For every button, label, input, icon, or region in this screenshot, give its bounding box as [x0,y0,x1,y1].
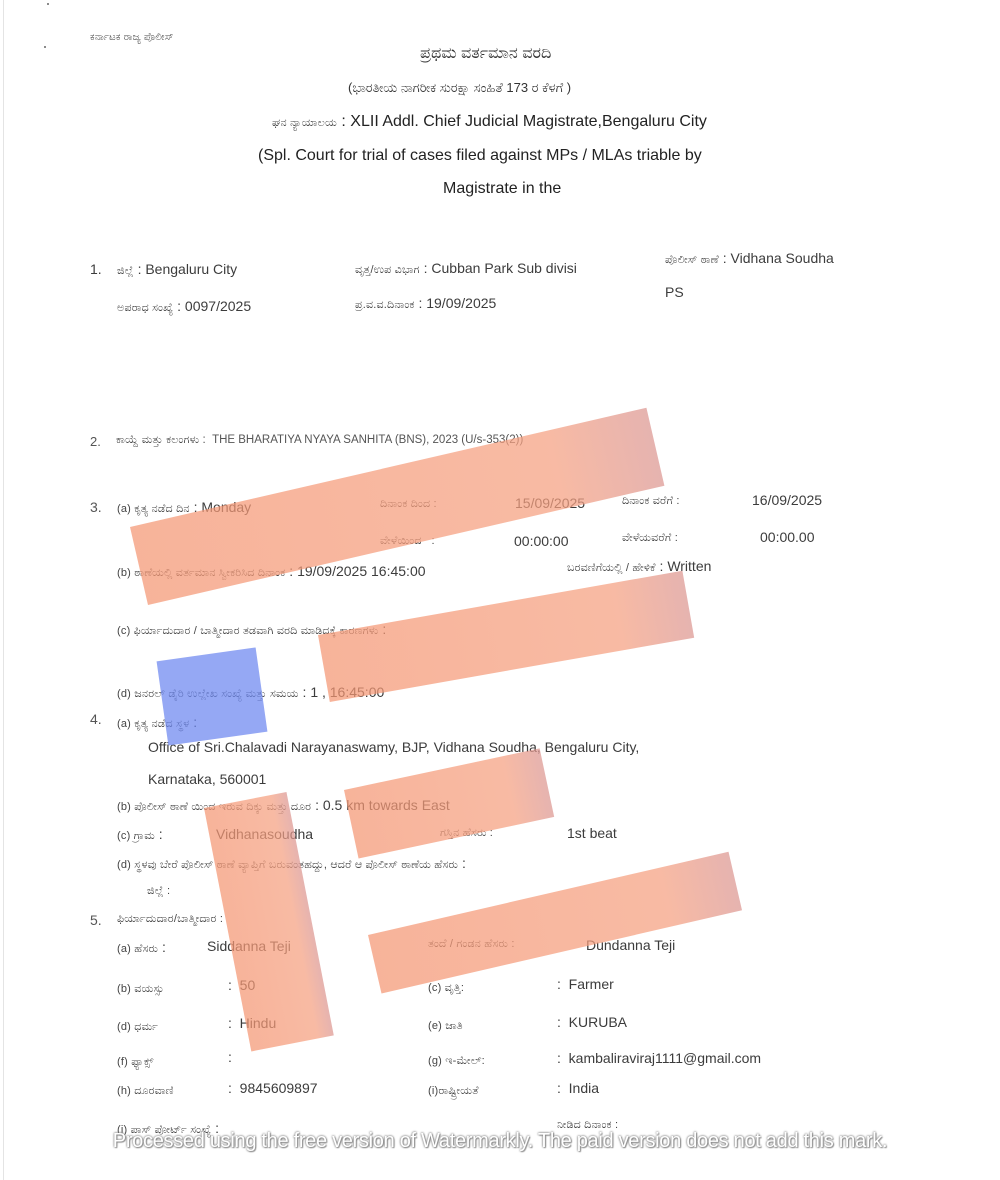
district-value: Bengaluru City [145,261,237,277]
fir-date-value: 19/09/2025 [426,295,496,311]
time-to-label: ವೇಳೆಯವರೆಗೆ : [622,532,678,545]
caste-label: (e) ಜಾತಿ [428,1016,463,1033]
other-station-field: (d) ಸ್ಥಳವು ಬೇರೆ ಪೊಲೀಸ್ ಠಾಣೆ ವ್ಯಾಪ್ತಿಗೆ ಬ… [117,855,466,872]
act-field: ಕಾಯ್ದೆ ಮತ್ತು ಕಲಂಗಳು : THE BHARATIYA NYAY… [116,434,523,447]
address-line-2: Karnataka, 560001 [148,771,266,787]
caste-value: : KURUBA [557,1014,627,1030]
email-value: : kambaliraviraj1111@gmail.com [557,1050,761,1066]
occupation-label: (c) ವೃತ್ತಿ: [428,978,464,995]
father-name-value: Dundanna Teji [586,937,675,953]
age-value: : 50 [228,977,255,993]
info-received-field: (b) ಠಾಣೆಯಲ್ಲಿ ವರ್ತಮಾನ ಸ್ವೀಕರಿಸಿದ ದಿನಾಂಕ … [117,563,426,580]
occurrence-day-field: (a) ಕೃತ್ಯ ನಡೆದ ದಿನ : Monday [117,499,251,516]
info-received-value: 19/09/2025 16:45:00 [297,563,425,579]
occurrence-day-value: Monday [201,499,251,515]
name-value: Siddanna Teji [207,938,291,954]
court-line: ಘನ ನ್ಯಾಯಾಲಯ : XLII Addl. Chief Judicial … [272,113,707,131]
date-to-label: ದಿನಾಂಕ ವರೆಗೆ : [622,495,680,508]
time-from-value: 00:00:00 [514,533,569,549]
fax-label: (f) ಫ್ಯಾಕ್ಸ್ [117,1052,154,1069]
complainant-heading: ಫಿರ್ಯಾದುದಾರ/ಬಾತ್ಮೀದಾರ : [117,913,223,926]
fir-date-field: ಪ್ರ.ವ.ವ.ದಿನಾಂಕ : 19/09/2025 [355,295,496,312]
place-of-occurrence-label: (a) ಕೃತ್ಯ ನಡೆದ ಸ್ಥಳ : [117,714,197,731]
crime-number-field: ಅಪರಾಧ ಸಂಖ್ಯೆ : 0097/2025 [117,298,251,315]
info-mode-field: ಬರವಣಿಗೆಯಲ್ಲಿ / ಹೇಳಿಕೆ : Written [567,558,711,575]
station-field: ಪೊಲೀಸ್ ಠಾಣೆ : Vidhana Soudha [665,250,834,267]
beat-value: 1st beat [567,825,617,841]
time-from-label: ವೇಳೆಯಿಂದ : [380,535,435,548]
section-3-number: 3. [90,499,102,515]
district-field: ಜಿಲ್ಲೆ : Bengaluru City [117,261,237,278]
org-name: ಕರ್ನಾಟಕ ರಾಜ್ಯ ಪೊಲೀಸ್ [90,32,173,43]
address-line-1: Office of Sri.Chalavadi Narayanaswamy, B… [148,739,639,755]
occupation-value: : Farmer [557,976,614,992]
subdivision-value: Cubban Park Sub divisi [431,260,577,276]
beat-label: ಗಸ್ತಿನ ಹೆಸರು : [440,827,493,840]
name-label: (a) ಹೆಸರು : [117,939,166,956]
act-value: THE BHARATIYA NYAYA SANHITA (BNS), 2023 … [212,434,523,446]
subdivision-field: ವೃತ್ತ/ಉಪ ವಿಭಾಗ : Cubban Park Sub divisi [355,260,577,277]
watermark-text: Processed using the free version of Wate… [0,1130,1000,1153]
email-label: (g) ಇ-ಮೇಲ್: [428,1051,485,1068]
date-to-value: 16/09/2025 [752,492,822,508]
scan-speck [44,46,46,48]
nationality-label: (i)ರಾಷ್ಟ್ರೀಯತೆ [428,1081,479,1098]
religion-value: : Hindu [228,1015,276,1031]
court-value: XLII Addl. Chief Judicial Magistrate,Ben… [350,113,707,130]
direction-distance-field: (b) ಪೊಲೀಸ್ ಠಾಣೆ ಯಿಂದ ಇರುವ ದಿಕ್ಕು ಮತ್ತು ದ… [117,797,450,814]
general-diary-field: (d) ಜನರಲ್ ಡೈರಿ ಉಲ್ಲೇಖ ಸಂಖ್ಯೆ ಮತ್ತು ಸಮಯ :… [117,684,384,701]
court-label: ಘನ ನ್ಯಾಯಾಲಯ [272,117,337,129]
document-subtitle: (ಭಾರತೀಯ ನಾಗರೀಕ ಸುರಕ್ಷಾ ಸಂಹಿತೆ 173 ರ ಕೆಳಗ… [348,80,571,96]
court-line-2: (Spl. Court for trial of cases filed aga… [258,147,702,165]
court-line-3: Magistrate in the [443,180,561,198]
page-edge [3,0,4,1180]
section-1-number: 1. [90,261,102,277]
info-mode-value: Written [667,558,711,574]
phone-value: : 9845609897 [228,1080,318,1096]
village-value: Vidhanasoudha [216,826,313,842]
station-value: Vidhana Soudha [731,250,834,266]
date-from-value: 15/09/2025 [515,495,585,511]
time-to-value: 00:00.00 [760,529,815,545]
redaction-overlay [368,852,742,994]
general-diary-value: 1 , 16:45:00 [310,684,384,700]
fax-value: : [228,1049,240,1065]
other-district-label: ಜಿಲ್ಲೆ : [147,885,170,898]
scan-speck [47,3,49,5]
religion-label: (d) ಧರ್ಮ [117,1017,158,1034]
delay-reason-field: (c) ಫಿರ್ಯಾದುದಾರ / ಬಾತ್ಮೀದಾರ ತಡವಾಗಿ ವರದಿ … [117,621,386,638]
nationality-value: : India [557,1080,599,1096]
section-4-number: 4. [90,711,102,727]
village-field: (c) ಗ್ರಾಮ : [117,826,163,843]
father-name-label: ತಂದೆ / ಗಂಡನ ಹೆಸರು : [428,938,515,951]
section-2-number: 2. [90,434,101,449]
age-label: (b) ವಯಸ್ಸು [117,979,164,996]
document-title: ಪ್ರಥಮ ವರ್ತಮಾನ ವರದಿ [420,45,551,63]
phone-label: (h) ದೂರವಾಣಿ [117,1081,174,1098]
direction-distance-value: 0.5 km towards East [323,797,450,813]
date-from-label: ದಿನಾಂಕ ದಿಂದ : [380,498,437,511]
station-value-line2: PS [665,284,684,300]
section-5-number: 5. [90,912,102,928]
crime-number-value: 0097/2025 [185,298,251,314]
